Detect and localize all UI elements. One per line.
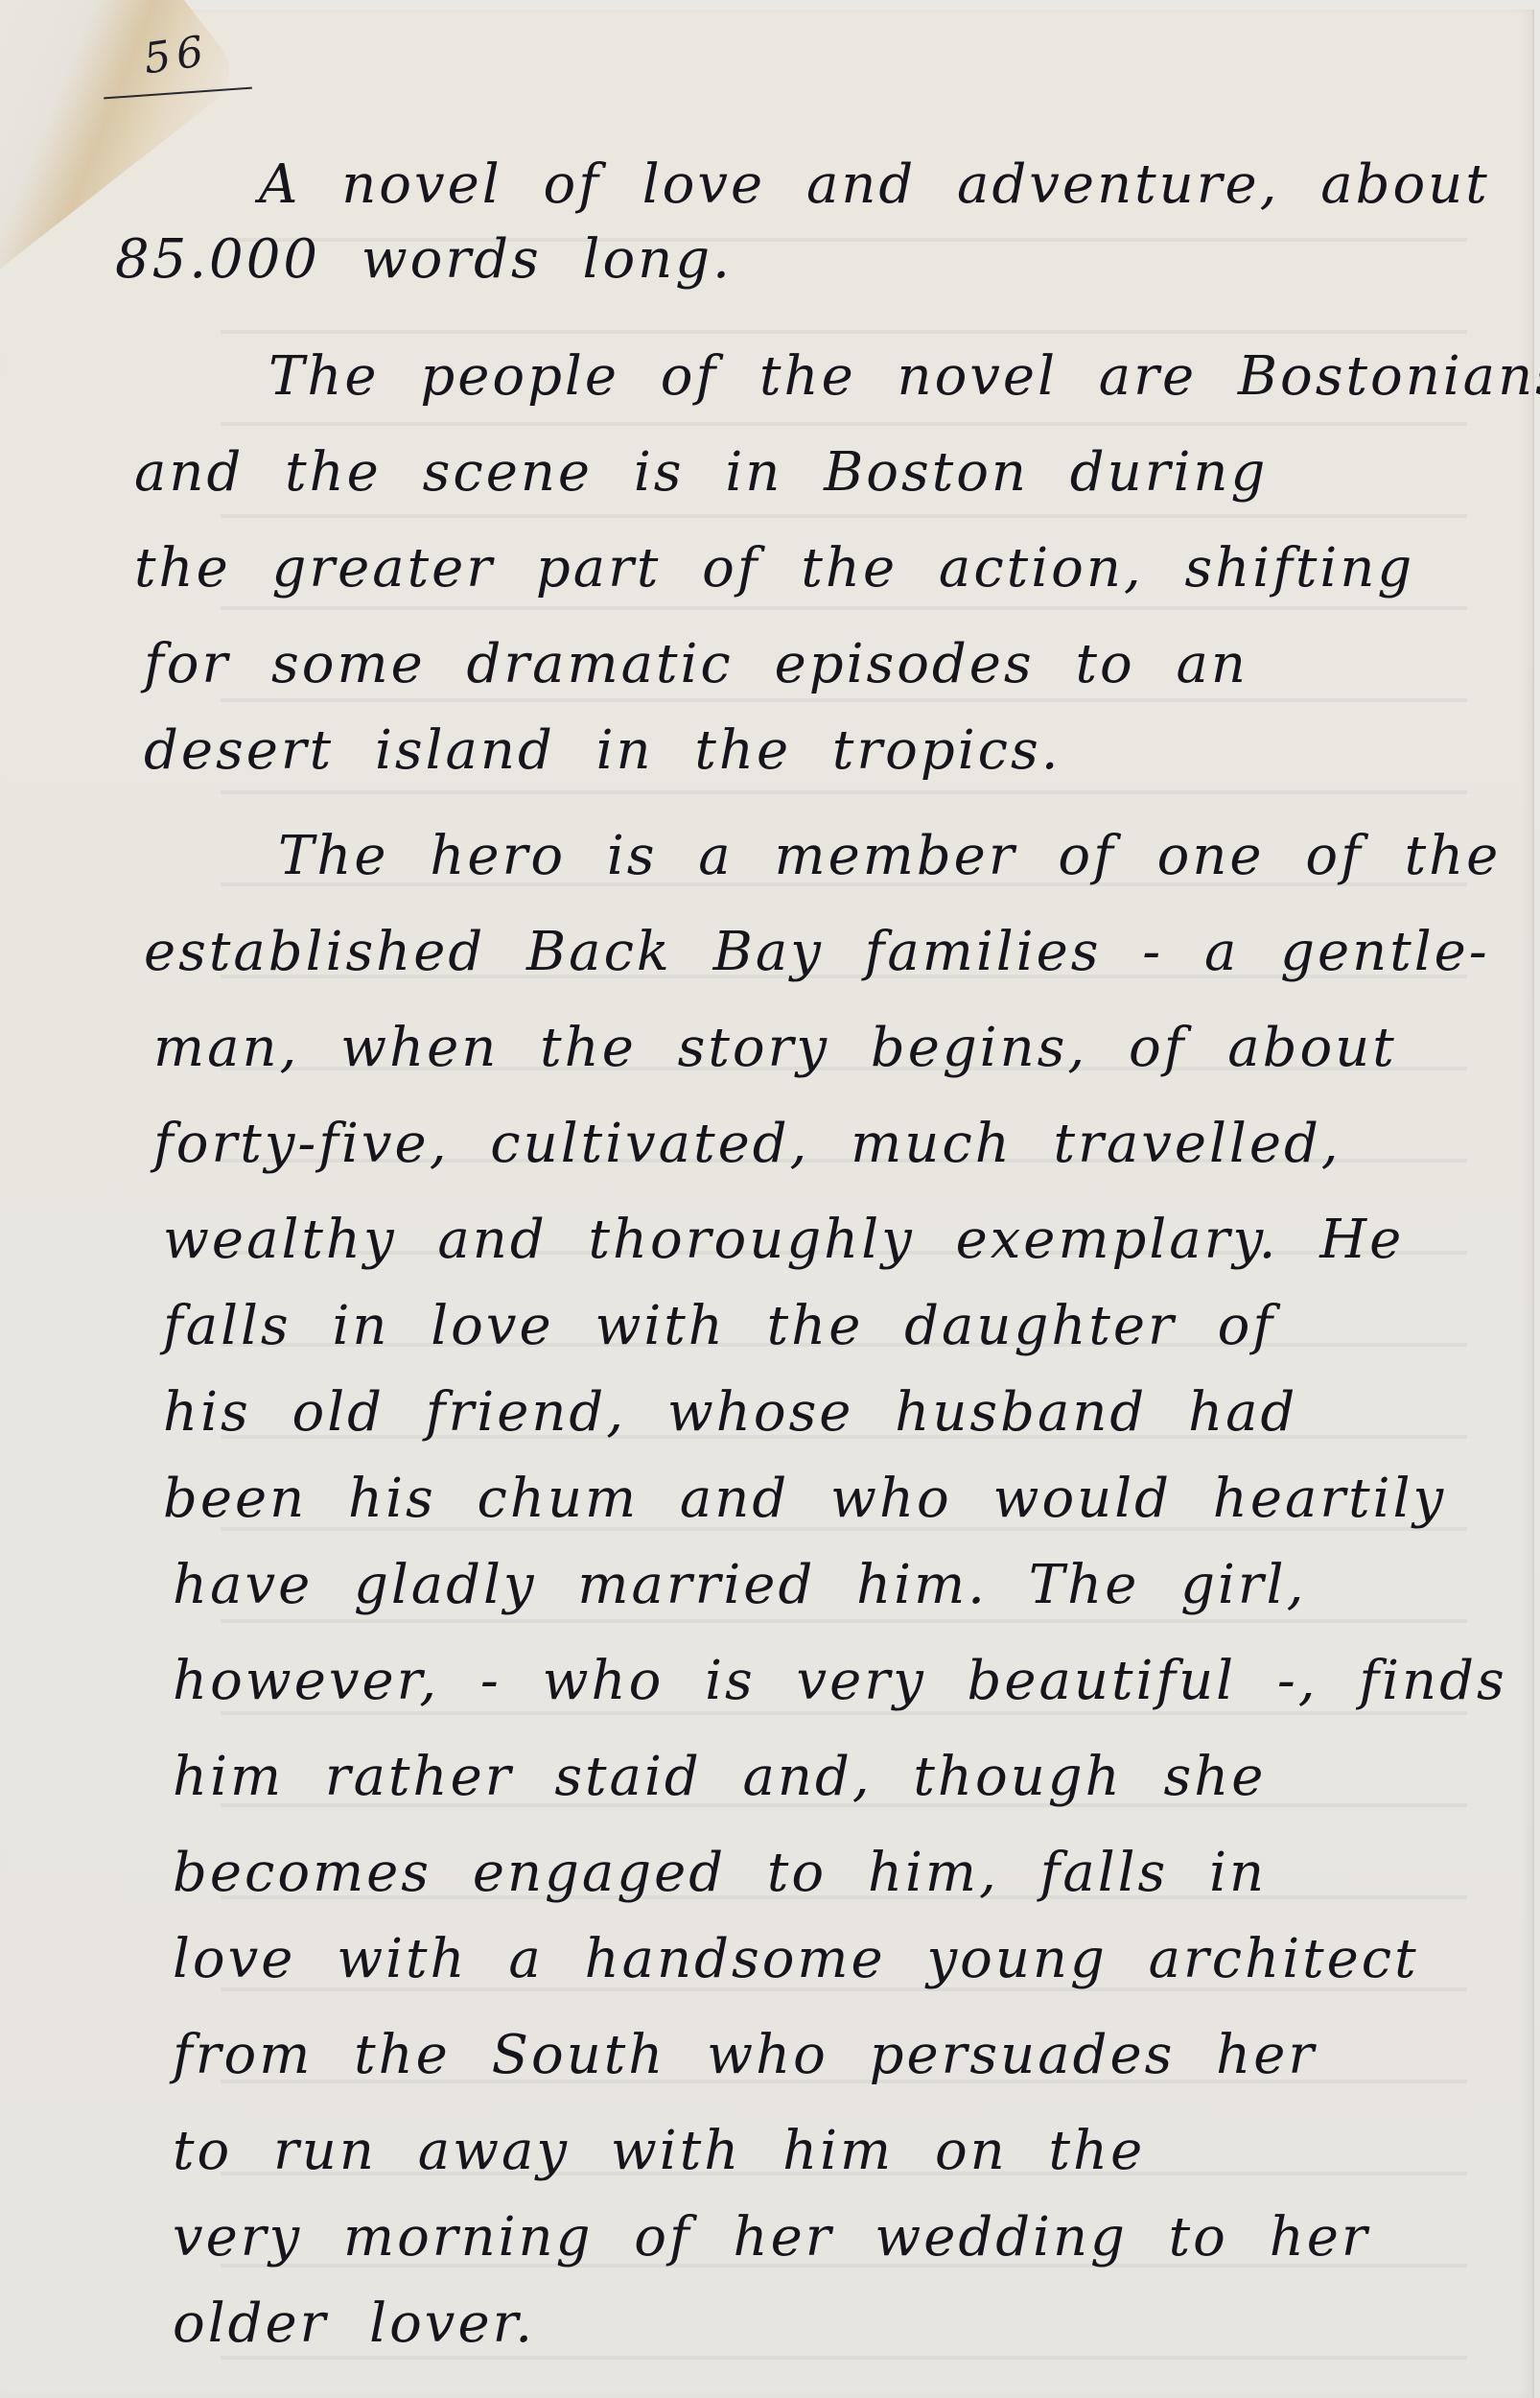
text-line: his old friend, whose husband had — [163, 1381, 1297, 1444]
text-line: and the scene is in Boston during — [134, 441, 1268, 504]
text-line: A novel of love and adventure, about — [259, 153, 1490, 216]
text-line: becomes engaged to him, falls in — [173, 1842, 1267, 1904]
text-line: The hero is a member of one of the — [278, 825, 1501, 887]
text-line: wealthy and thoroughly exemplary. He — [163, 1209, 1404, 1271]
text-line: however, - who is very beautiful -, find… — [173, 1650, 1507, 1712]
text-line: from the South who persuades her — [173, 2024, 1317, 2086]
text-line: to run away with him on the — [173, 2120, 1145, 2182]
text-line: love with a handsome young architect — [173, 1928, 1419, 1990]
text-line: forty-five, cultivated, much travelled, — [153, 1113, 1342, 1175]
folio-number: 56 — [141, 27, 212, 84]
text-line: the greater part of the action, shifting — [134, 537, 1414, 599]
text-line: falls in love with the daughter of — [163, 1295, 1275, 1357]
text-line: for some dramatic episodes to an — [144, 633, 1248, 695]
text-line: established Back Bay families - a gentle… — [144, 921, 1490, 983]
text-line: very morning of her wedding to her — [173, 2206, 1370, 2269]
text-line: desert island in the tropics. — [144, 719, 1062, 782]
text-line: older lover. — [173, 2292, 535, 2355]
text-line: man, when the story begins, of about — [153, 1017, 1397, 1079]
manuscript-page: 56 A novel of love and adventure, about … — [0, 10, 1534, 2398]
text-line: 85.000 words long. — [115, 228, 733, 291]
text-line: been his chum and who would heartily — [163, 1468, 1446, 1530]
text-line: The people of the novel are Bostonians — [268, 345, 1540, 408]
text-line: have gladly married him. The girl, — [173, 1554, 1306, 1616]
text-line: him rather staid and, though she — [173, 1746, 1266, 1808]
